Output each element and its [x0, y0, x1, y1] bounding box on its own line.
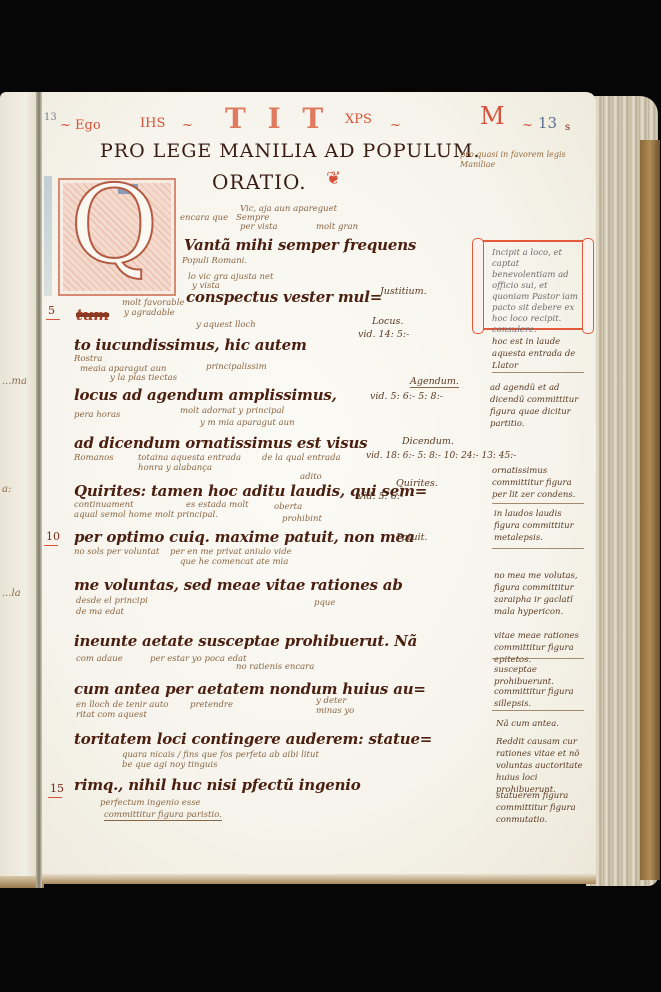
folio-suffix: s [565, 122, 570, 133]
interlinear-gloss: be que agi noy tinguis [122, 760, 217, 770]
interlinear-gloss: Populi Romani. [182, 256, 247, 266]
divider [492, 658, 584, 659]
folio-number: 13 [538, 114, 557, 132]
interlinear-gloss: adito [300, 472, 322, 482]
interlinear-gloss: molt gran [316, 222, 358, 232]
divider [492, 372, 584, 373]
interlinear-gloss: Rostra [74, 354, 102, 364]
commentary-note: in laudos laudis figura committitur meta… [494, 508, 588, 544]
margin-note: vid. 18: 6:- 5: 8:- 10: 24:- 13: 45:- [366, 451, 516, 461]
commentary-note: ornatissimus committitur figura per lit … [492, 465, 588, 501]
interlinear-gloss: continuament [74, 500, 133, 510]
rubric-tau-crosses: T I T [225, 102, 329, 135]
interlinear-gloss: totaina aquesta entrada [138, 453, 241, 463]
rubric-monogram: M [480, 102, 505, 130]
interlinear-gloss: oberta [274, 502, 302, 512]
margin-note: Dicendum. [402, 436, 454, 447]
interlinear-gloss: prohibint [282, 514, 322, 524]
text-line-9: me voluntas, sed meae vitae rationes ab [74, 576, 403, 594]
divider [492, 503, 584, 504]
margin-note: Quirites. [396, 478, 438, 489]
illuminated-initial: Q [58, 178, 176, 296]
title-side-note: pro quasi in favorem legis Maniliae [460, 150, 580, 170]
text-line-12: toritatem loci contingere auderem: statu… [74, 730, 432, 748]
interlinear-gloss: pretendre [190, 700, 233, 710]
margin-note: vid. 14: 5:- [358, 329, 409, 340]
interlinear-gloss: encara que [180, 213, 228, 223]
rubric-ihs: IHS [140, 116, 165, 131]
interlinear-gloss: no ratienis encara [236, 662, 314, 672]
title-line-1: PRO LEGE MANILIA AD POPULUM. [100, 140, 480, 162]
interlinear-gloss: per estar yo poca edat [150, 654, 247, 664]
interlinear-gloss: pera horas [74, 410, 120, 420]
text-line-4: to iucundissimus, hic autem [74, 336, 307, 354]
interlinear-gloss: de la qual entrada [262, 453, 341, 463]
rubric-tilde: ~ [182, 118, 193, 133]
text-line-2: conspectus vester mul= [186, 288, 382, 306]
interlinear-gloss: es estada molt [186, 500, 249, 510]
line-number-10: 10 [46, 530, 60, 543]
interlinear-gloss: y m mia aparagut aun [200, 418, 295, 428]
text-line-8: per optimo cuiq. maxime patuit, non mea [74, 528, 414, 546]
manuscript-photo: ...ma a: ...la 13 ~ Ego IHS ~ T I T XPS … [0, 0, 661, 992]
rubric-tilde: ~ [522, 118, 533, 133]
page-bottom-edge [40, 874, 596, 884]
interlinear-gloss: y aquest lloch [196, 320, 256, 330]
commentary-note: Nã cum antea. [496, 718, 592, 730]
binding-cover-edge [640, 140, 660, 880]
commentary-note: no mea me volutas, figura committitur za… [494, 570, 590, 618]
scroll-note-text: Incipit a loco, et captat benevolentiam … [492, 248, 582, 336]
left-page-fragment: a: [2, 484, 11, 495]
interlinear-gloss: desde el principi [76, 596, 148, 606]
margin-note: vid. 5: 6:- [358, 491, 403, 502]
interlinear-gloss: quara nicais / fins que fos perfeta ab a… [122, 750, 319, 760]
interlinear-gloss: per vista [240, 222, 278, 232]
commentary-note: vitae meae rationes committitur figura e… [494, 630, 590, 666]
interlinear-gloss: aqual semol home molt principal. [74, 510, 218, 520]
margin-note: Locus. [372, 316, 403, 327]
interlinear-gloss: perfectum ingenio esse [100, 798, 201, 808]
rubric-xps: XPS [345, 112, 372, 127]
text-line-10: ineunte aetate susceptae prohibuerut. Nã [74, 632, 417, 650]
divider [492, 710, 584, 711]
book-gutter [36, 92, 42, 888]
flourish-ornament-icon: ❦ [326, 168, 341, 189]
interlinear-gloss: Vic, aja aun apareguet [240, 204, 337, 214]
commentary-note: susceptae prohibuerunt. [494, 664, 590, 688]
interlinear-gloss: de ma edat [76, 607, 124, 617]
scroll-frame-note: Incipit a loco, et captat benevolentiam … [478, 240, 588, 330]
rubric-ego: ~ Ego [60, 118, 101, 133]
interlinear-gloss: en lloch de tenir auto ritat com aquest [76, 700, 186, 720]
text-line-6: ad dicendum ornatissimus est visus [74, 434, 367, 452]
margin-note: Justitium. [380, 286, 427, 297]
interlinear-gloss: Romanos [74, 453, 114, 463]
interlinear-gloss: y deter minas yo [316, 696, 356, 716]
interlinear-gloss: pque [314, 598, 335, 608]
margin-note: Agendum. [410, 376, 459, 388]
commentary-note: statuerem figura committitur figura conm… [496, 790, 592, 826]
struck-word: tum [76, 306, 116, 318]
small-foliation: 13 [44, 112, 57, 123]
interlinear-gloss: principalissim [206, 362, 267, 372]
interlinear-gloss: y la plas tiectas [110, 373, 177, 383]
initial-border-decoration [44, 176, 52, 296]
title-line-2: ORATIO. [212, 170, 307, 194]
interlinear-gloss: molt favorable [122, 298, 184, 308]
text-line-5: locus ad agendum amplissimus, [74, 386, 337, 404]
rubric-tilde: ~ [390, 118, 401, 133]
commentary-note: Reddit causam cur rationes vitae et nõ v… [496, 736, 592, 796]
margin-note: vid. 5: 6:- 5: 8:- [370, 391, 443, 402]
line-number-5: 5 [48, 304, 55, 317]
interlinear-gloss: molt adornat y principal [180, 406, 284, 416]
interlinear-gloss: committitur figura paristio. [104, 810, 222, 821]
left-page-fragment: ...la [2, 588, 21, 599]
interlinear-gloss: com adaue [76, 654, 123, 664]
margin-note: Patuit. [396, 532, 427, 543]
commentary-note: committitur figura sillepsis. [494, 686, 590, 710]
text-line-13: rimq., nihil huc nisi pfectũ ingenio [74, 776, 361, 794]
commentary-note: hoc est in laude aquesta entrada de Llat… [492, 336, 588, 372]
initial-letter: Q [70, 172, 159, 280]
text-line-11: cum antea per aetatem nondum huius au= [74, 680, 426, 698]
interlinear-gloss: per en me privat aniulo vide [170, 547, 292, 557]
commentary-note: ad agendũ et ad dicendũ committitur figu… [490, 382, 586, 430]
left-page-fragment: ...ma [2, 376, 27, 387]
divider [492, 548, 584, 549]
interlinear-gloss: que he comencat ate mia [180, 557, 288, 567]
interlinear-gloss: y agradable [124, 308, 175, 318]
interlinear-gloss: no sols per voluntat [74, 547, 159, 557]
text-line-1: Vantã mihi semper frequens [184, 236, 416, 254]
line-number-15: 15 [50, 782, 64, 795]
interlinear-gloss: honra y alabança [138, 463, 212, 473]
